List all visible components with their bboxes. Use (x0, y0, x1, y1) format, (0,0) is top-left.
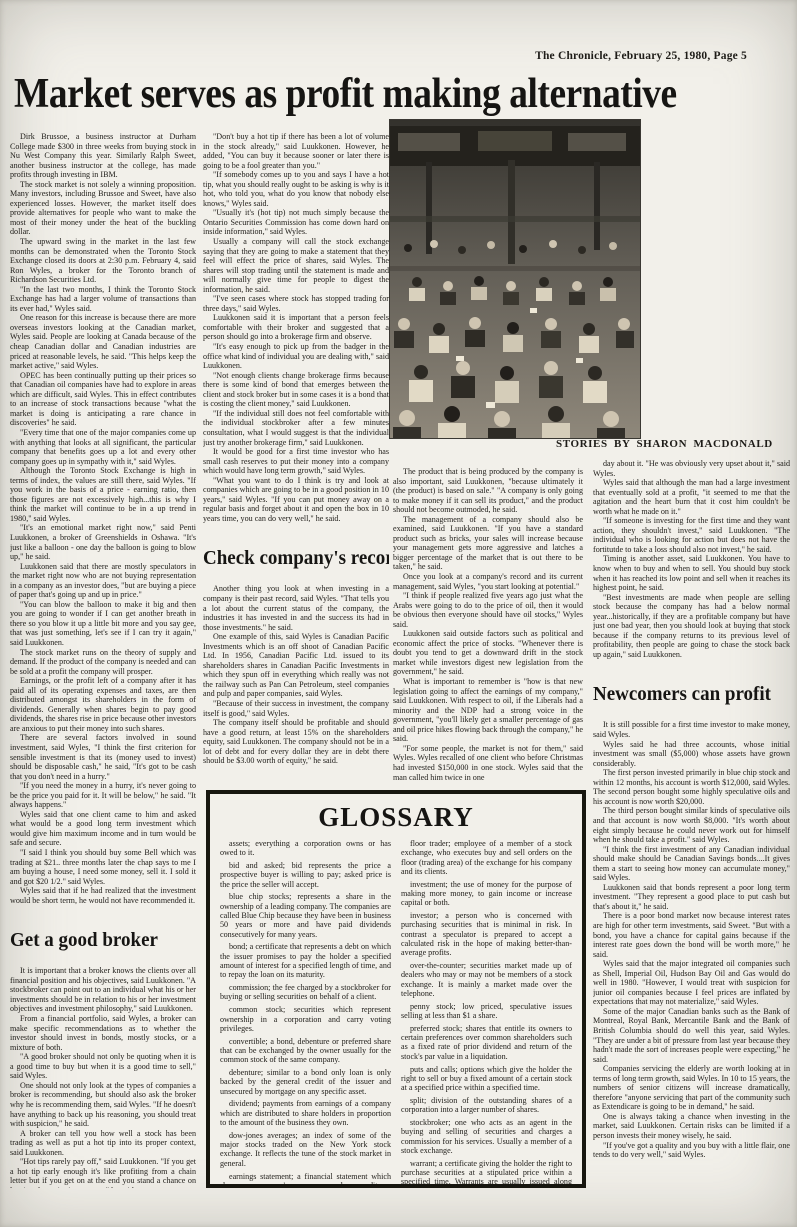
glossary-entry: common stock; securities which represent… (220, 1005, 391, 1033)
glossary-entry: puts and calls; options which give the h… (401, 1065, 572, 1093)
glossary-entry: preferred stock; shares that entitle its… (401, 1024, 572, 1061)
glossary-entry: over-the-counter; securities market made… (401, 961, 572, 998)
article-paragraph: "I've seen cases where stock has stopped… (203, 294, 389, 313)
column-1: Dirk Brussoe, a business instructor at D… (10, 132, 196, 1188)
article-paragraph: It is important that a broker knows the … (10, 966, 196, 1014)
article-paragraph: "If you need the money in a hurry, it's … (10, 781, 196, 810)
article-paragraph: From a financial portfolio, said Wyles, … (10, 1014, 196, 1052)
article-paragraph: There is a poor bond market now because … (593, 911, 790, 959)
article-paragraph: It would be good for a first time invest… (203, 447, 389, 476)
column-1-intro: Dirk Brussoe, a business instructor at D… (10, 132, 196, 905)
glossary-columns: assets; everything a corporation owns or… (220, 839, 572, 1188)
masthead: The Chronicle, February 25, 1980, Page 5 (427, 50, 747, 62)
glossary-entry: warrant; a certificate giving the holder… (401, 1159, 572, 1188)
article-paragraph: It is still possible for a first time in… (593, 720, 790, 739)
article-paragraph: One example of this, said Wyles is Canad… (203, 632, 389, 699)
article-paragraph: A broker can tell you how well a stock h… (10, 1129, 196, 1158)
article-paragraph: The third person bought similar kinds of… (593, 806, 790, 844)
article-paragraph: Wyles said that the major integrated oil… (593, 959, 790, 1007)
glossary-right-column: floor trader; employee of a member of a … (401, 839, 572, 1188)
article-paragraph: The first person invested primarily in b… (593, 768, 790, 806)
page-title: Market serves as profit making alternati… (14, 70, 677, 118)
article-paragraph: "Every time that one of the major compan… (10, 428, 196, 466)
glossary-left-column: assets; everything a corporation owns or… (220, 839, 391, 1188)
article-paragraph: Wyles said that although the man had a l… (593, 478, 790, 516)
glossary-entry: earnings statement; a financial statemen… (220, 1172, 391, 1189)
column-2: "Don't buy a hot tip if there has been a… (203, 132, 389, 784)
glossary-entry: stockbroker; one who acts as an agent in… (401, 1118, 572, 1155)
glossary-entry: split; division of the outstanding share… (401, 1096, 572, 1115)
article-paragraph: "For some people, the market is not for … (393, 744, 583, 782)
glossary-entry: investor; a person who is concerned with… (401, 911, 572, 957)
article-paragraph: Luukkonen said outside factors such as p… (393, 629, 583, 677)
section-heading-check-companys-record: Check company's record (203, 547, 380, 569)
article-paragraph: Wyles said that if he had realized that … (10, 886, 196, 905)
article-paragraph: Usually a company will call the stock ex… (203, 237, 389, 294)
newspaper-page: The Chronicle, February 25, 1980, Page 5… (0, 0, 797, 1227)
column-1-broker-section: It is important that a broker knows the … (10, 966, 196, 1188)
article-paragraph: OPEC has been continually putting up the… (10, 371, 196, 428)
glossary-box: GLOSSARY assets; everything a corporatio… (206, 790, 586, 1188)
trading-floor-illustration (390, 120, 640, 438)
article-paragraph: "I think if people realized five years a… (393, 591, 583, 629)
article-paragraph: The upward swing in the market in the la… (10, 237, 196, 285)
column-4-newcomers-section: It is still possible for a first time in… (593, 720, 790, 1159)
article-paragraph: "If someone is investing for the first t… (593, 516, 790, 554)
article-paragraph: "I think the first investment of any Can… (593, 845, 790, 883)
glossary-entry: blue chip stocks; represents a share in … (220, 892, 391, 938)
glossary-entry: debenture; similar to a bond only loan i… (220, 1068, 391, 1096)
article-paragraph: Luukkonen said that there are mostly spe… (10, 562, 196, 600)
article-paragraph: The stock market runs on the theory of s… (10, 648, 196, 677)
article-paragraph: "Because of their success in investment,… (203, 699, 389, 718)
article-paragraph: Dirk Brussoe, a business instructor at D… (10, 132, 196, 180)
article-paragraph: "Hot tips rarely pay off," said Luukkone… (10, 1157, 196, 1188)
article-paragraph: "Don't buy a hot tip if there has been a… (203, 132, 389, 170)
column-2-record-section: Another thing you look at when investing… (203, 584, 389, 765)
article-paragraph: One should not only look at the types of… (10, 1081, 196, 1129)
section-heading-get-a-good-broker: Get a good broker (10, 929, 187, 951)
article-paragraph: "If you've got a quality and you buy wit… (593, 1141, 790, 1160)
glossary-entry: investment; the use of money for the pur… (401, 880, 572, 908)
article-paragraph: The company itself should be profitable … (203, 718, 389, 766)
column-4-text: day about it. "He was obviously very ups… (593, 459, 790, 659)
column-3-text: The product that is being produced by th… (393, 467, 583, 782)
article-paragraph: Although the Toronto Stock Exchange is h… (10, 466, 196, 523)
glossary-entry: convertible; a bond, debenture or prefer… (220, 1037, 391, 1065)
article-paragraph: One is always taking a chance when inves… (593, 1112, 790, 1141)
glossary-entry: dow-jones averages; an index of some of … (220, 1131, 391, 1168)
article-paragraph: "If somebody comes up to you and says I … (203, 170, 389, 208)
article-paragraph: "Best investments are made when people a… (593, 593, 790, 660)
article-paragraph: Earnings, or the profit left of a compan… (10, 676, 196, 733)
article-paragraph: One reason for this increase is because … (10, 313, 196, 370)
article-paragraph: The management of a company should also … (393, 515, 583, 572)
glossary-entry: floor trader; employee of a member of a … (401, 839, 572, 876)
section-heading-newcomers-can-profit: Newcomers can profit (593, 683, 780, 705)
article-paragraph: Wyles said that one client came to him a… (10, 810, 196, 848)
glossary-entry: dividend; payments from earnings of a co… (220, 1099, 391, 1127)
glossary-entry: bond; a certificate that represents a de… (220, 942, 391, 979)
glossary-title: GLOSSARY (220, 802, 572, 833)
photo-caption: STORIES BY SHARON MACDONALD (556, 438, 792, 450)
column-4: day about it. "He was obviously very ups… (593, 459, 790, 1191)
article-paragraph: Some of the major Canadian banks such as… (593, 1007, 790, 1064)
glossary-entry: penny stock; low priced, speculative iss… (401, 1002, 572, 1021)
article-paragraph: "It's an emotional market right now," sa… (10, 523, 196, 561)
article-paragraph: "What you want to do I think is try and … (203, 476, 389, 524)
stock-exchange-photo (390, 120, 640, 438)
article-paragraph: There are several factors involved in so… (10, 733, 196, 781)
article-paragraph: Once you look at a company's record and … (393, 572, 583, 591)
article-paragraph: Timing is another asset, said Luukkonen.… (593, 554, 790, 592)
article-paragraph: "In the last two months, I think the Tor… (10, 285, 196, 314)
article-paragraph: "Not enough clients change brokerage fir… (203, 371, 389, 409)
article-paragraph: Another thing you look at when investing… (203, 584, 389, 632)
article-paragraph: The stock market is not solely a winning… (10, 180, 196, 237)
glossary-entry: assets; everything a corporation owns or… (220, 839, 391, 858)
glossary-entry: bid and asked; bid represents the price … (220, 861, 391, 889)
column-3: The product that is being produced by th… (393, 467, 583, 783)
article-paragraph: Luukkonen said it is important that a pe… (203, 313, 389, 342)
article-paragraph: "A good broker should not only be quotin… (10, 1052, 196, 1081)
column-2-text: "Don't buy a hot tip if there has been a… (203, 132, 389, 523)
article-paragraph: Companies servicing the elderly are wort… (593, 1064, 790, 1112)
article-paragraph: Wyles said he had three accounts, whose … (593, 740, 790, 769)
article-paragraph: "If the individual still does not feel c… (203, 409, 389, 447)
article-paragraph: What is important to remember is "how is… (393, 677, 583, 744)
article-paragraph: Luukkonen said that bonds represent a po… (593, 883, 790, 912)
glossary-entry: commission; the fee charged by a stockbr… (220, 983, 391, 1002)
article-paragraph: "Usually it's (hot tip) not much simply … (203, 208, 389, 237)
article-paragraph: The product that is being produced by th… (393, 467, 583, 515)
article-paragraph: "I said I think you should buy some Bell… (10, 848, 196, 886)
article-paragraph: day about it. "He was obviously very ups… (593, 459, 790, 478)
article-paragraph: "You can blow the balloon to make it big… (10, 600, 196, 648)
article-paragraph: "It's easy enough to pick up from the ba… (203, 342, 389, 371)
